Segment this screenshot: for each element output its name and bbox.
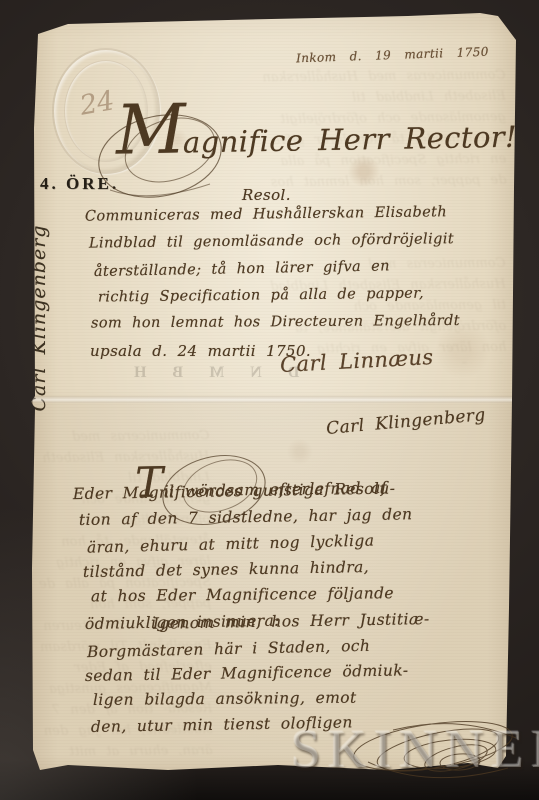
manuscript-line: richtig Specification på alla de papper, [98,284,515,316]
salutation-heading: Magnifice Herr Rector! [115,90,536,165]
fold-crease [28,396,522,403]
photo-backdrop: Communiceras med Hushållerskan Elisabeth… [0,0,539,800]
manuscript-line: som hon lemnat hos Directeuren Engelhård… [91,313,515,343]
petitioner-name: Carl Klingenberg [325,405,486,439]
auction-watermark: SKINNER [291,718,539,780]
received-date-annotation: Inkom d. 19 martii 1750 [296,45,489,66]
mirrored-letterpress-bleedthrough: D N M B H [123,364,299,382]
seal-handwritten-digits: 24 [78,85,117,121]
stamp-duty-denomination: 4. ÖRE. [40,174,119,194]
resolution-dateline: upsala d. 24 martii 1750. [90,342,311,360]
manuscript-page: Communiceras med Hushållerskan Elisabeth… [28,8,522,786]
resolution-paragraph: Communiceras med Hushållerskan Elisabeth… [85,206,515,341]
resolution-label: Resol. [242,186,291,204]
